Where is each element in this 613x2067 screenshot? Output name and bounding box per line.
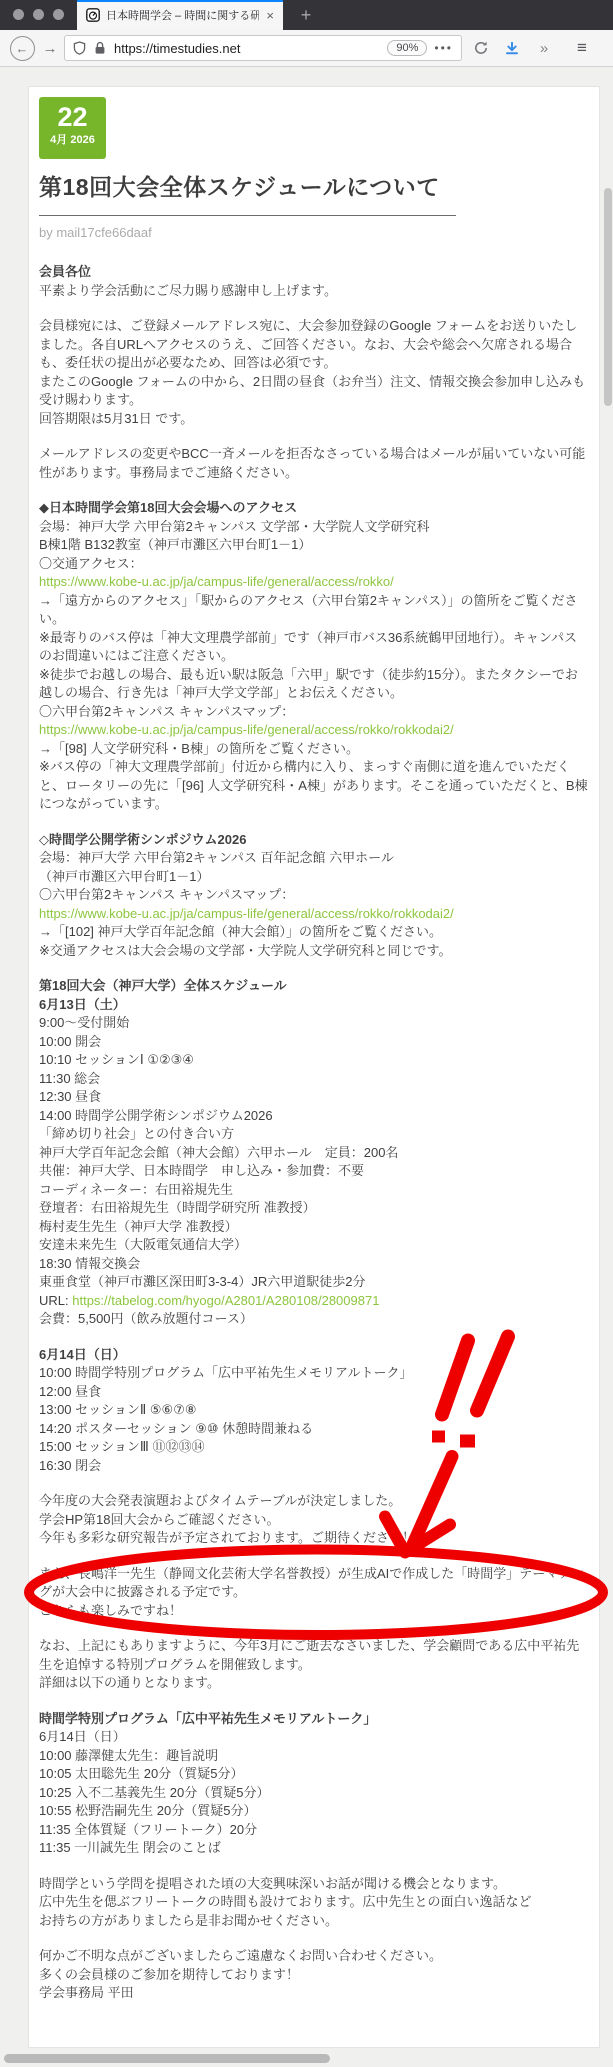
text-run: 10:00 藤澤健太先生：趣旨説明 [39,1748,218,1763]
date-badge-day: 22 [39,97,106,134]
overflow-chevrons-button[interactable]: » [532,30,556,66]
text-run: 会費：5,500円（飲み放題付コース） [39,1311,253,1326]
highlighted-paragraph: また、長嶋洋一先生（静岡文化芸術大学名誉教授）が生成AIで作成した「時間学」テー… [39,1565,589,1621]
text-line: 13:00 セッションⅡ ⑤⑥⑦⑧ [39,1401,589,1420]
text-line: 18:30 情報交換会 [39,1255,589,1274]
text-line: →「[98] 人文学研究科・B棟」の箇所をご覧ください。 [39,740,589,759]
text-line: また、長嶋洋一先生（静岡文化芸術大学名誉教授）が生成AIで作成した「時間学」テー… [39,1565,589,1602]
text-line: ※最寄りのバス停は「神大文理農学部前」です（神戸市バス36系統鶴甲団地行）。キャ… [39,629,589,666]
text-line: 会場：神戸大学 六甲台第2キャンパス 文学部・大学院人文学研究科 [39,518,589,537]
active-tab-accent [77,0,283,2]
tab-favicon-icon [86,8,100,22]
text-run: 何かご不明な点がございましたらご遠慮なくお問い合わせください。 [39,1948,442,1963]
text-run: メールアドレスの変更やBCC一斉メールを拒否なさっている場合はメールが届いていな… [39,446,585,480]
zoom-level-badge[interactable]: 90% [387,40,427,56]
text-run: 10:10 セッションⅠ ①②③④ [39,1052,194,1067]
window-controls [13,9,64,20]
text-run: 9:00～受付開始 [39,1015,129,1030]
text-line: 詳細は以下の通りとなります。 [39,1674,589,1693]
text-line: 14:00 時間学公開学術シンポジウム2026 [39,1107,589,1126]
text-run: 10:05 太田聡先生 20分（質疑5分） [39,1766,243,1781]
text-run: 広中先生を偲ぶフリートークの時間も設けております。広中先生との面白い逸話など [39,1894,531,1909]
text-run: 10:25 入不二基義先生 20分（質疑5分） [39,1785,269,1800]
post-body: 会員各位平素より学会活動にご尽力賜り感謝申し上げます。会員様宛には、ご登録メール… [39,263,589,2003]
text-line: ※交通アクセスは大会会場の文学部・大学院人文学研究科と同じです。 [39,942,589,961]
text-run: なお、上記にもありますように、今年3月にご逝去なさいました、学会顧問である広中平… [39,1638,579,1672]
text-line: 6月14日（日） [39,1346,589,1365]
text-line: →「遠方からのアクセス」「駅からのアクセス（六甲台第2キャンパス）」の箇所をご覧… [39,592,589,629]
text-line: 登壇者：右田裕規先生（時間学研究所 准教授） [39,1199,589,1218]
paragraph: 6月14日（日）10:00 時間学特別プログラム「広中平祐先生メモリアルトーク」… [39,1346,589,1476]
text-line: 6月14日（日） [39,1728,589,1747]
text-run: 12:00 昼食 [39,1384,101,1399]
text-line: →「[102] 神戸大学百年記念館（神大会館）」の箇所をご覧ください。 [39,923,589,942]
page-title: 第18回大会全体スケジュールについて [39,169,456,216]
text-run: 会員様宛には、ご登録メールアドレス宛に、大会参加登録のGoogle フォームをお… [39,318,577,370]
text-run: ◇時間学公開学術シンポジウム2026 [39,832,246,847]
forward-button[interactable]: → [39,30,61,66]
text-line: 16:30 閉会 [39,1457,589,1476]
text-line: 「締め切り社会」との付き合い方 [39,1125,589,1144]
text-run: →「[102] 神戸大学百年記念館（神大会館）」の箇所をご覧ください。 [39,924,442,939]
text-run: 11:30 総会 [39,1071,100,1086]
text-run: 〇六甲台第2キャンパス キャンパスマップ： [39,704,294,719]
text-line: 回答期限は5月31日 です。 [39,410,589,429]
text-line: 9:00～受付開始 [39,1014,589,1033]
text-line: 学会HP第18回大会からご確認ください。 [39,1511,589,1530]
text-line: 12:00 昼食 [39,1383,589,1402]
text-line: 広中先生を偲ぶフリートークの時間も設けております。広中先生との面白い逸話など [39,1893,589,1912]
text-line: なお、上記にもありますように、今年3月にご逝去なさいました、学会顧問である広中平… [39,1637,589,1674]
text-line: メールアドレスの変更やBCC一斉メールを拒否なさっている場合はメールが届いていな… [39,445,589,482]
text-line: ◆日本時間学会第18回大会会場へのアクセス [39,499,589,518]
text-line: コーディネーター：右田裕規先生 [39,1181,589,1200]
tab-bar: 日本時間学会 – 時間に関する研究 × + [0,0,613,30]
text-run: ※最寄りのバス停は「神大文理農学部前」です（神戸市バス36系統鶴甲団地行）。キャ… [39,630,577,664]
text-run: 18:30 情報交換会 [39,1256,140,1271]
lock-icon[interactable] [94,41,106,55]
text-line: 梅村麦生先生（神戸大学 准教授） [39,1218,589,1237]
text-line: 会費：5,500円（飲み放題付コース） [39,1310,589,1329]
text-run: 10:55 松野浩嗣先生 20分（質疑5分） [39,1803,256,1818]
text-run: 時間学という学問を提唱された頃の大変興味深いお話が聞ける機会となります。 [39,1876,506,1891]
text-run: 梅村麦生先生（神戸大学 准教授） [39,1219,238,1234]
text-line: 平素より学会活動にご尽力賜り感謝申し上げます。 [39,282,589,301]
text-line: 時間学特別プログラム「広中平祐先生メモリアルトーク」 [39,1710,589,1729]
text-line: 今年度の大会発表演題およびタイムテーブルが決定しました。 [39,1492,589,1511]
text-line: 10:00 時間学特別プログラム「広中平祐先生メモリアルトーク」 [39,1364,589,1383]
text-run: 11:35 全体質疑（フリートーク）20分 [39,1822,257,1837]
text-run: 6月14日（日） [39,1729,126,1744]
text-run: 今年度の大会発表演題およびタイムテーブルが決定しました。 [39,1493,401,1508]
text-line: 第18回大会（神戸大学）全体スケジュール [39,977,589,996]
text-run: 会場：神戸大学 六甲台第2キャンパス 百年記念館 六甲ホール [39,850,394,865]
text-run: 学会HP第18回大会からご確認ください。 [39,1512,280,1527]
date-badge: 22 4月 2026 [39,97,106,159]
paragraph: 時間学という学問を提唱された頃の大変興味深いお話が聞ける機会となります。広中先生… [39,1875,589,1931]
text-line: 時間学という学問を提唱された頃の大変興味深いお話が聞ける機会となります。 [39,1875,589,1894]
text-line: 今年も多彩な研究報告が予定されております。ご期待ください！ [39,1529,589,1548]
text-run: 〇六甲台第2キャンパス キャンパスマップ： [39,887,294,902]
date-badge-month-year: 4月 2026 [39,134,106,147]
text-run: B棟1階 B132教室（神戸市灘区六甲台町1－1） [39,537,311,552]
paragraph: 何かご不明な点がございましたらご遠慮なくお問い合わせください。多くの会員様のご参… [39,1947,589,2003]
text-line: https://www.kobe-u.ac.jp/ja/campus-life/… [39,573,589,592]
text-line: 東亜食堂（神戸市灘区深田町3-3-4）JR六甲道駅徒歩2分 [39,1273,589,1292]
window-close-button[interactable] [13,9,24,20]
browser-tab[interactable]: 日本時間学会 – 時間に関する研究 × [77,0,283,30]
text-line: 〇六甲台第2キャンパス キャンパスマップ： [39,703,589,722]
text-run: コーディネーター：右田裕規先生 [39,1182,233,1197]
text-run: URL: [39,1293,72,1308]
text-run: 時間学特別プログラム「広中平祐先生メモリアルトーク」 [39,1711,376,1726]
text-line: 10:00 開会 [39,1033,589,1052]
text-line: 11:35 一川誠先生 閉会のことば [39,1839,589,1858]
text-line: 神戸大学百年記念会館（神大会館）六甲ホール 定員：200名 [39,1144,589,1163]
text-line: こちらも楽しみですね！ [39,1602,589,1621]
text-run: 第18回大会（神戸大学）全体スケジュール [39,978,287,993]
paragraph: 時間学特別プログラム「広中平祐先生メモリアルトーク」6月14日（日）10:00 … [39,1710,589,1858]
text-line: 12:30 昼食 [39,1088,589,1107]
text-run: 6月14日（日） [39,1347,126,1362]
text-line: 11:30 総会 [39,1070,589,1089]
text-run: 学会事務局 平田 [39,1985,134,2000]
page-actions-icon[interactable]: ••• [434,41,453,55]
text-run: お持ちの方がありましたら是非お聞かせください。 [39,1913,338,1928]
text-line: 会員様宛には、ご登録メールアドレス宛に、大会参加登録のGoogle フォームをお… [39,317,589,373]
text-run: 11:35 一川誠先生 閉会のことば [39,1840,221,1855]
text-line: 14:20 ポスターセッション ⑨⑩ 休憩時間兼ねる [39,1420,589,1439]
text-line: 11:35 全体質疑（フリートーク）20分 [39,1821,589,1840]
text-line: 10:05 太田聡先生 20分（質疑5分） [39,1765,589,1784]
text-line: URL: https://tabelog.com/hyogo/A2801/A28… [39,1292,589,1311]
url-text[interactable]: https://timestudies.net [114,41,387,56]
text-line: B棟1階 B132教室（神戸市灘区六甲台町1－1） [39,536,589,555]
text-run: 〇交通アクセス： [39,556,143,571]
tab-close-icon[interactable]: × [266,9,274,22]
text-run: 回答期限は5月31日 です。 [39,411,193,426]
text-run: ※バス停の「神大文理農学部前」付近から構内に入り、まっすぐ南側に道を進んでいただ… [39,759,588,811]
text-run: 16:30 閉会 [39,1458,101,1473]
link[interactable]: https://www.kobe-u.ac.jp/ja/campus-life/… [39,574,394,589]
reload-button[interactable] [469,30,493,66]
text-line: 多くの会員様のご参加を期待しております！ [39,1966,589,1985]
text-run: 登壇者：右田裕規先生（時間学研究所 准教授） [39,1200,316,1215]
text-run: →「[98] 人文学研究科・B棟」の箇所をご覧ください。 [39,741,359,756]
paragraph: なお、上記にもありますように、今年3月にご逝去なさいました、学会顧問である広中平… [39,1637,589,1693]
text-run: 15:00 セッションⅢ ⑪⑫⑬⑭ [39,1439,204,1454]
paragraph: ◇時間学公開学術シンポジウム2026会場：神戸大学 六甲台第2キャンパス 百年記… [39,831,589,961]
text-line: 10:10 セッションⅠ ①②③④ [39,1051,589,1070]
text-run: 12:30 昼食 [39,1089,101,1104]
text-run: ◆日本時間学会第18回大会会場へのアクセス [39,500,297,515]
text-run: 6月13日（土） [39,997,126,1012]
text-run: 14:00 時間学公開学術シンポジウム2026 [39,1108,273,1123]
text-line: 何かご不明な点がございましたらご遠慮なくお問い合わせください。 [39,1947,589,1966]
paragraph: 今年度の大会発表演題およびタイムテーブルが決定しました。学会HP第18回大会から… [39,1492,589,1548]
text-run: また、長嶋洋一先生（静岡文化芸術大学名誉教授）が生成AIで作成した「時間学」テー… [39,1566,584,1600]
text-run: ※交通アクセスは大会会場の文学部・大学院人文学研究科と同じです。 [39,943,451,958]
text-line: 会場：神戸大学 六甲台第2キャンパス 百年記念館 六甲ホール [39,849,589,868]
paragraph: メールアドレスの変更やBCC一斉メールを拒否なさっている場合はメールが届いていな… [39,445,589,482]
back-button[interactable]: ← [7,30,37,66]
text-run: 多くの会員様のご参加を期待しております！ [39,1967,299,1982]
text-line: ◇時間学公開学術シンポジウム2026 [39,831,589,850]
text-run: ※徒歩でお越しの場合、最も近い駅は阪急「六甲」駅です（徒歩約15分）。またタクシ… [39,667,578,701]
byline: by mail17cfe66daaf [39,225,589,240]
url-bar[interactable]: https://timestudies.net 90% ••• [64,35,462,61]
link[interactable]: https://tabelog.com/hyogo/A2801/A280108/… [72,1293,379,1308]
back-arrow-icon: ← [10,36,35,61]
vertical-scrollbar-thumb[interactable] [604,188,612,406]
paragraph: 第18回大会（神戸大学）全体スケジュール6月13日（土）9:00～受付開始10:… [39,977,589,1329]
text-line: 会員各位 [39,263,589,282]
text-run: 「締め切り社会」との付き合い方 [39,1126,234,1141]
browser-window: 日本時間学会 – 時間に関する研究 × + ← → https://timest… [0,0,613,2067]
text-run: またこのGoogle フォームの中から、2日間の昼食（お弁当）注文、情報交換会参… [39,374,585,408]
text-run: 10:00 開会 [39,1034,101,1049]
text-line: 6月13日（土） [39,996,589,1015]
text-line: https://www.kobe-u.ac.jp/ja/campus-life/… [39,905,589,924]
window-zoom-button[interactable] [53,9,64,20]
text-line: 10:55 松野浩嗣先生 20分（質疑5分） [39,1802,589,1821]
text-line: 共催：神戸大学、日本時間学 申し込み・参加費：不要 [39,1162,589,1181]
paragraph: 会員様宛には、ご登録メールアドレス宛に、大会参加登録のGoogle フォームをお… [39,317,589,428]
text-line: 〇六甲台第2キャンパス キャンパスマップ： [39,886,589,905]
paragraph: 会員各位平素より学会活動にご尽力賜り感謝申し上げます。 [39,263,589,300]
text-line: ※バス停の「神大文理農学部前」付近から構内に入り、まっすぐ南側に道を進んでいただ… [39,758,589,814]
paragraph: ◆日本時間学会第18回大会会場へのアクセス会場：神戸大学 六甲台第2キャンパス … [39,499,589,814]
window-minimize-button[interactable] [33,9,44,20]
text-line: またこのGoogle フォームの中から、2日間の昼食（お弁当）注文、情報交換会参… [39,373,589,410]
text-line: 10:25 入不二基義先生 20分（質疑5分） [39,1784,589,1803]
new-tab-button[interactable]: + [293,0,319,30]
text-run: 13:00 セッションⅡ ⑤⑥⑦⑧ [39,1402,197,1417]
navigation-bar: ← → https://timestudies.net 90% ••• [0,30,613,67]
text-run: 10:00 時間学特別プログラム「広中平祐先生メモリアルトーク」 [39,1365,413,1380]
shield-icon[interactable] [73,41,86,55]
text-line: 15:00 セッションⅢ ⑪⑫⑬⑭ [39,1438,589,1457]
text-run: 14:20 ポスターセッション ⑨⑩ 休憩時間兼ねる [39,1421,313,1436]
text-run: 会場：神戸大学 六甲台第2キャンパス 文学部・大学院人文学研究科 [39,519,430,534]
text-run: 平素より学会活動にご尽力賜り感謝申し上げます。 [39,283,337,298]
text-line: https://www.kobe-u.ac.jp/ja/campus-life/… [39,721,589,740]
link[interactable]: https://www.kobe-u.ac.jp/ja/campus-life/… [39,906,454,921]
text-run: （神戸市灘区六甲台町1－1） [39,869,209,884]
text-run: 詳細は以下の通りとなります。 [39,1675,220,1690]
text-run: 安達未来先生（大阪電気通信大学） [39,1237,247,1252]
hamburger-menu-button[interactable]: ≡ [569,30,595,66]
text-run: こちらも楽しみですね！ [39,1603,182,1618]
text-line: 安達未来先生（大阪電気通信大学） [39,1236,589,1255]
text-run: 今年も多彩な研究報告が予定されております。ご期待ください！ [39,1530,415,1545]
text-run: 共催：神戸大学、日本時間学 申し込み・参加費：不要 [39,1163,364,1178]
horizontal-scrollbar-thumb[interactable] [4,2054,330,2063]
text-run: 会員各位 [39,264,91,279]
link[interactable]: https://www.kobe-u.ac.jp/ja/campus-life/… [39,722,454,737]
text-line: お持ちの方がありましたら是非お聞かせください。 [39,1912,589,1931]
tab-title: 日本時間学会 – 時間に関する研究 [106,7,259,23]
page-content-card: 22 4月 2026 第18回大会全体スケジュールについて by mail17c… [28,86,600,2048]
text-line: 学会事務局 平田 [39,1984,589,2003]
text-line: ※徒歩でお越しの場合、最も近い駅は阪急「六甲」駅です（徒歩約15分）。またタクシ… [39,666,589,703]
text-run: 東亜食堂（神戸市灘区深田町3-3-4）JR六甲道駅徒歩2分 [39,1274,365,1289]
text-run: →「遠方からのアクセス」「駅からのアクセス（六甲台第2キャンパス）」の箇所をご覧… [39,593,578,627]
text-line: （神戸市灘区六甲台町1－1） [39,868,589,887]
text-run: 神戸大学百年記念会館（神大会館）六甲ホール 定員：200名 [39,1145,398,1160]
text-line: 10:00 藤澤健太先生：趣旨説明 [39,1747,589,1766]
text-line: 〇交通アクセス： [39,555,589,574]
download-icon[interactable] [500,30,524,66]
